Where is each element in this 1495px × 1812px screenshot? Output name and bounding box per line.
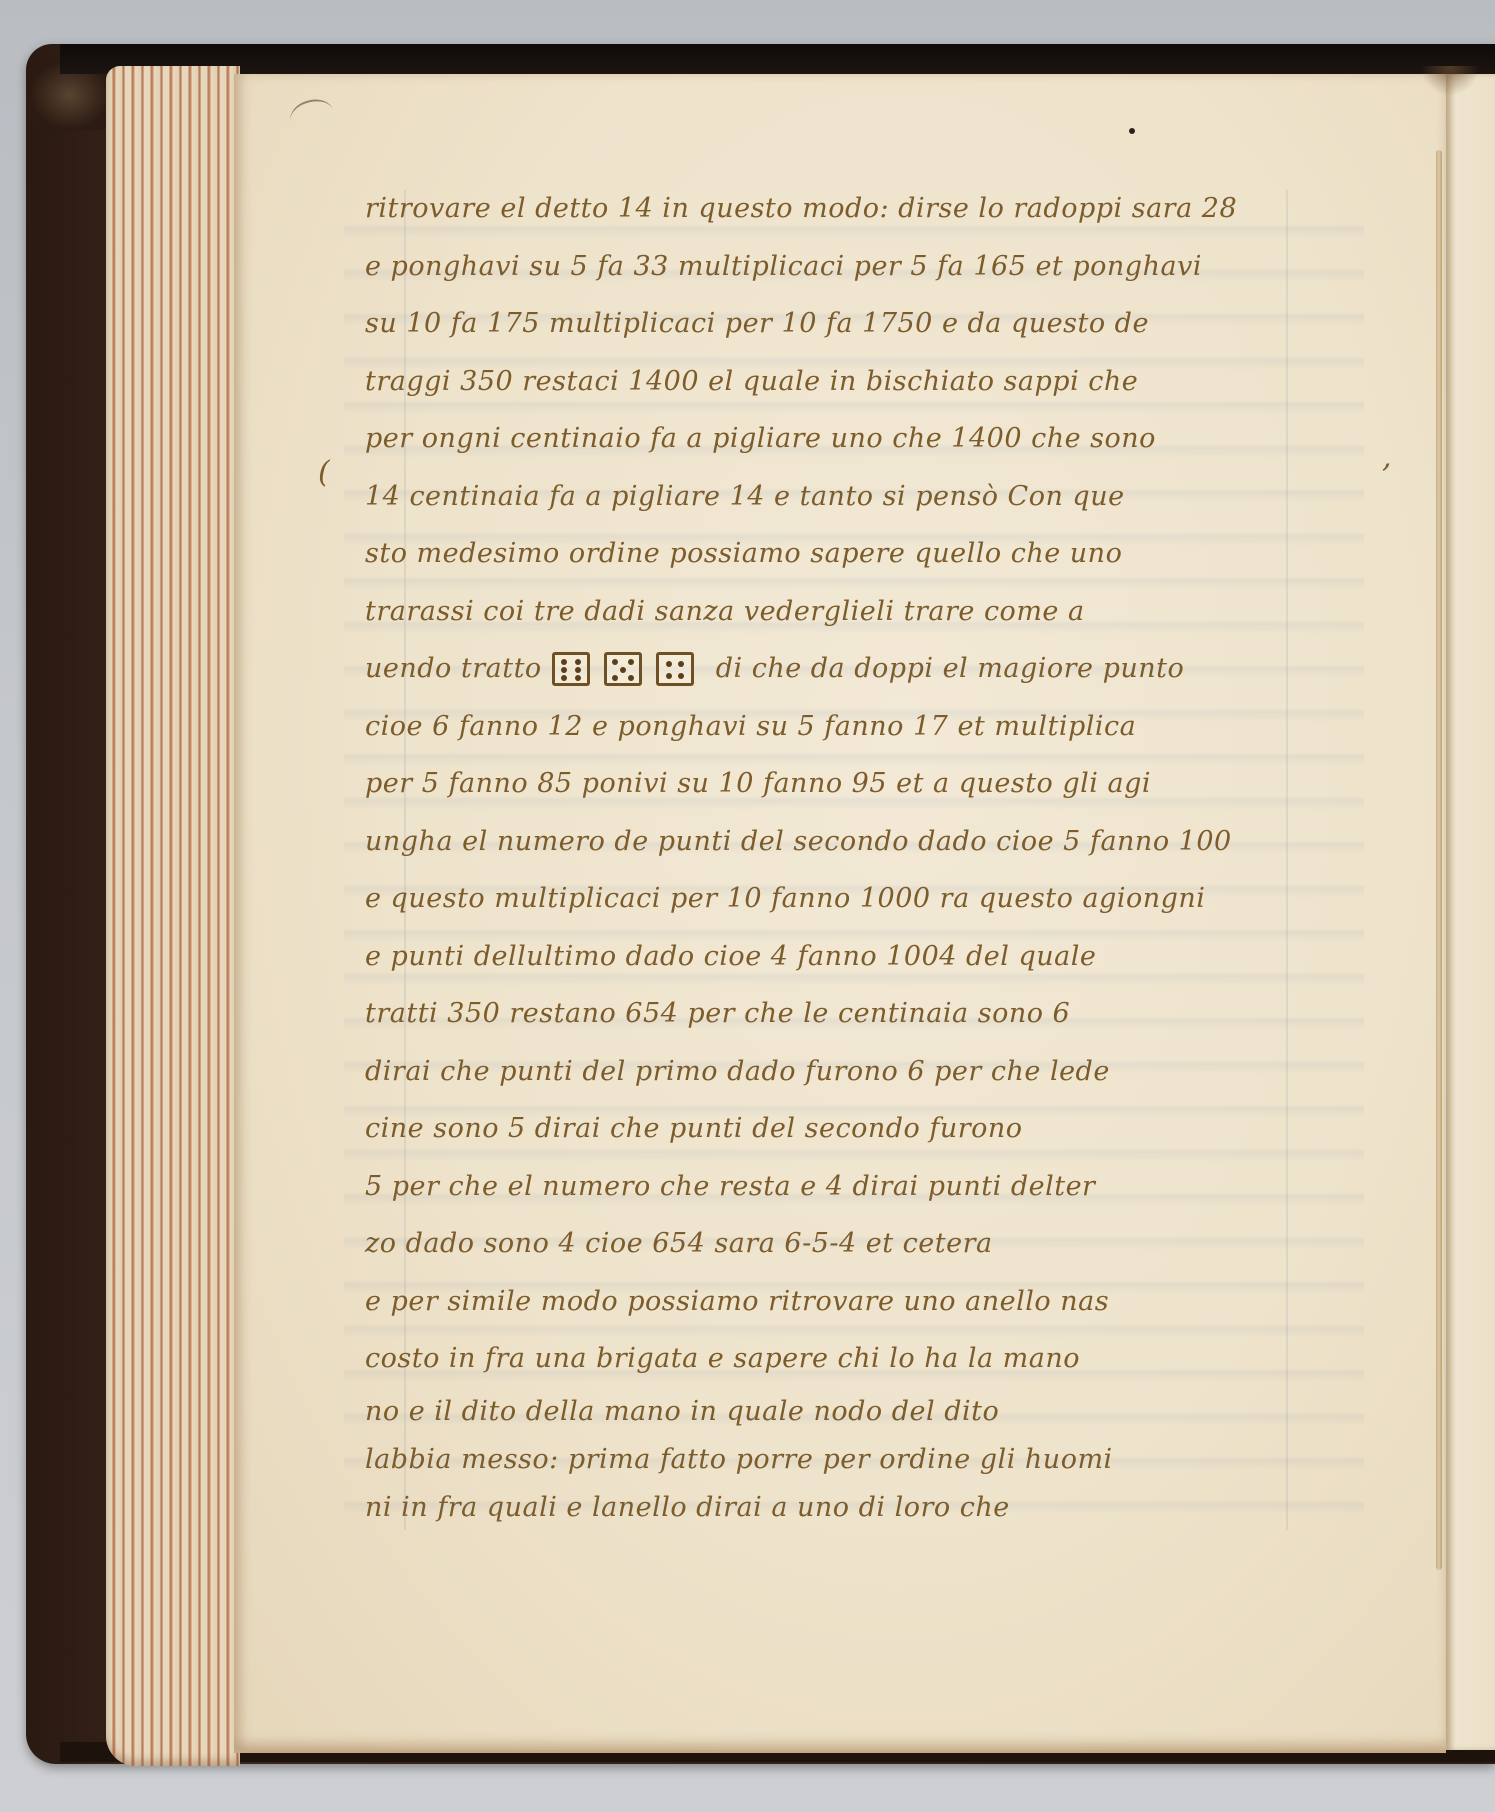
- text-line-24: ni in fra quali e lanello dirai a uno di…: [365, 1484, 1375, 1532]
- text-line-21: costo in fra una brigata e sapere chi lo…: [365, 1330, 1375, 1388]
- text-line-23: labbia messo: prima fatto porre per ordi…: [365, 1436, 1375, 1484]
- manuscript-scan: ( , ritrovare el detto 14 in questo modo…: [0, 0, 1495, 1812]
- margin-comma-mark: ,: [1382, 440, 1392, 475]
- gutter-crease: [1436, 150, 1442, 1570]
- text-line-10: cioe 6 fanno 12 e ponghavi su 5 fanno 17…: [365, 698, 1375, 756]
- margin-bracket-mark: (: [318, 455, 330, 490]
- text-line-12: ungha el numero de punti del secondo dad…: [365, 813, 1375, 871]
- text-line-7: sto medesimo ordine possiamo sapere quel…: [365, 525, 1375, 583]
- dice-illustration: [552, 652, 694, 686]
- text-line-4: traggi 350 restaci 1400 el quale in bisc…: [365, 353, 1375, 411]
- text-line-14: e punti dellultimo dado cioe 4 fanno 100…: [365, 928, 1375, 986]
- text-line-15: tratti 350 restano 654 per che le centin…: [365, 985, 1375, 1043]
- text-line-16: dirai che punti del primo dado furono 6 …: [365, 1043, 1375, 1101]
- text-line-6: 14 centinaia fa a pigliare 14 e tanto si…: [365, 468, 1375, 526]
- text-line-13: e questo multiplicaci per 10 fanno 1000 …: [365, 870, 1375, 928]
- text-line-11: per 5 fanno 85 ponivi su 10 fanno 95 et …: [365, 755, 1375, 813]
- text-line-3: su 10 fa 175 multiplicaci per 10 fa 1750…: [365, 295, 1375, 353]
- text-line-20: e per simile modo possiamo ritrovare uno…: [365, 1273, 1375, 1331]
- text-line-1: ritrovare el detto 14 in questo modo: di…: [365, 180, 1375, 238]
- text-line-8: trarassi coi tre dadi sanza vederglieli …: [365, 583, 1375, 641]
- cover-top-edge: [60, 44, 1495, 74]
- text-line-9-dice: uendo tratto di che da doppi el magior: [365, 640, 1375, 698]
- die-five-icon: [604, 652, 642, 686]
- text-line-2: e ponghavi su 5 fa 33 multiplicaci per 5…: [365, 238, 1375, 296]
- die-four-icon: [656, 652, 694, 686]
- text-line-19: zo dado sono 4 cioe 654 sara 6-5-4 et ce…: [365, 1215, 1375, 1273]
- next-leaf-edge: [1446, 74, 1495, 1750]
- text-line-18: 5 per che el numero che resta e 4 dirai …: [365, 1158, 1375, 1216]
- text-line-5: per ongni centinaio fa a pigliare uno ch…: [365, 410, 1375, 468]
- text-line-17: cine sono 5 dirai che punti del secondo …: [365, 1100, 1375, 1158]
- stacked-page-edges: [106, 66, 240, 1766]
- handwritten-text: ritrovare el detto 14 in questo modo: di…: [365, 180, 1375, 1532]
- text-line-22: no e il dito della mano in quale nodo de…: [365, 1388, 1375, 1436]
- die-six-icon: [552, 652, 590, 686]
- gutter-stain: [1420, 66, 1480, 96]
- ink-dot: [1129, 128, 1135, 134]
